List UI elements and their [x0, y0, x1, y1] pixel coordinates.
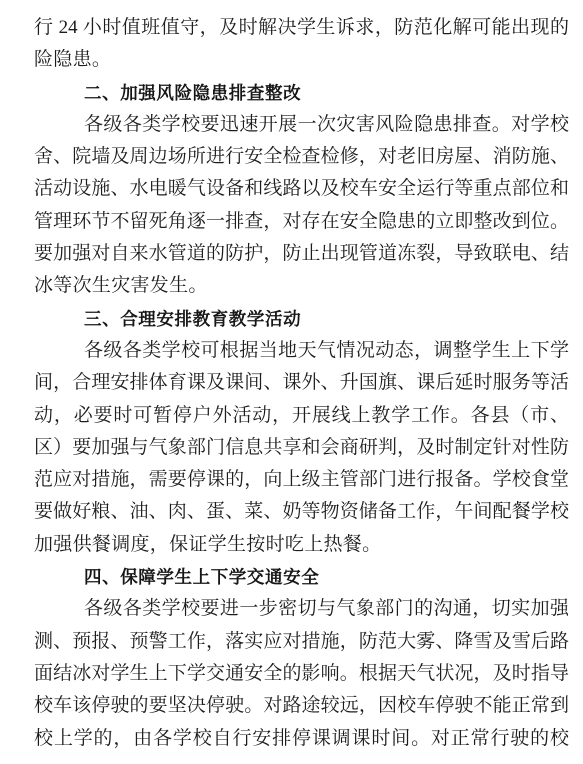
paragraph-line: 校车该停驶的要坚决停驶。对路途较远，因校车停驶不能正常到 [34, 690, 569, 722]
paragraph-line: 要加强对自来水管道的防护，防止出现管道冻裂，导致联电、结 [34, 238, 569, 270]
section-heading: 四、保障学生上下学交通安全 [34, 561, 569, 593]
paragraph-line: 范应对措施，需要停课的，向上级主管部门进行报备。学校食堂 [34, 464, 569, 496]
paragraph-line: 加强供餐调度，保证学生按时吃上热餐。 [34, 529, 569, 561]
paragraph-line: 动，必要时可暂停户外活动，开展线上教学工作。各县（市、 [34, 400, 569, 432]
paragraph-line: 各级各类学校要迅速开展一次灾害风险隐患排查。对学校校 [34, 109, 569, 141]
paragraph-line: 活动设施、水电暖气设备和线路以及校车安全运行等重点部位和 [34, 173, 569, 205]
document-page: 行 24 小时值班值守，及时解决学生诉求，防范化解可能出现的风险隐患。二、加强风… [0, 0, 583, 764]
section-heading: 三、合理安排教育教学活动 [34, 303, 569, 335]
paragraph-line: 各级各类学校可根据当地天气情况动态，调整学生上下学时 [34, 335, 569, 367]
paragraph-line: 区）要加强与气象部门信息共享和会商研判，及时制定针对性防 [34, 432, 569, 464]
paragraph-line: 管理环节不留死角逐一排查，对存在安全隐患的立即整改到位。 [34, 206, 569, 238]
paragraph-line: 要做好粮、油、肉、蛋、菜、奶等物资储备工作，午间配餐学校 [34, 496, 569, 528]
paragraph-line: 校上学的，由各学校自行安排停课调课时间。对正常行驶的校 [34, 723, 569, 755]
paragraph-line: 各级各类学校要进一步密切与气象部门的沟通，切实加强监 [34, 593, 569, 625]
paragraph-line: 险隐患。 [34, 44, 569, 76]
paragraph-line: 面结冰对学生上下学交通安全的影响。根据天气状况，及时指导 [34, 658, 569, 690]
document-body: 行 24 小时值班值守，及时解决学生诉求，防范化解可能出现的风险隐患。二、加强风… [34, 12, 569, 755]
paragraph-line: 间，合理安排体育课及课间、课外、升国旗、课后延时服务等活 [34, 367, 569, 399]
section-heading: 二、加强风险隐患排查整改 [34, 77, 569, 109]
paragraph-line: 舍、院墙及周边场所进行安全检查检修，对老旧房屋、消防施、 [34, 141, 569, 173]
paragraph-line: 冰等次生灾害发生。 [34, 270, 569, 302]
paragraph-line: 行 24 小时值班值守，及时解决学生诉求，防范化解可能出现的风 [34, 12, 569, 44]
paragraph-line: 测、预报、预警工作，落实应对措施，防范大雾、降雪及雪后路 [34, 626, 569, 658]
